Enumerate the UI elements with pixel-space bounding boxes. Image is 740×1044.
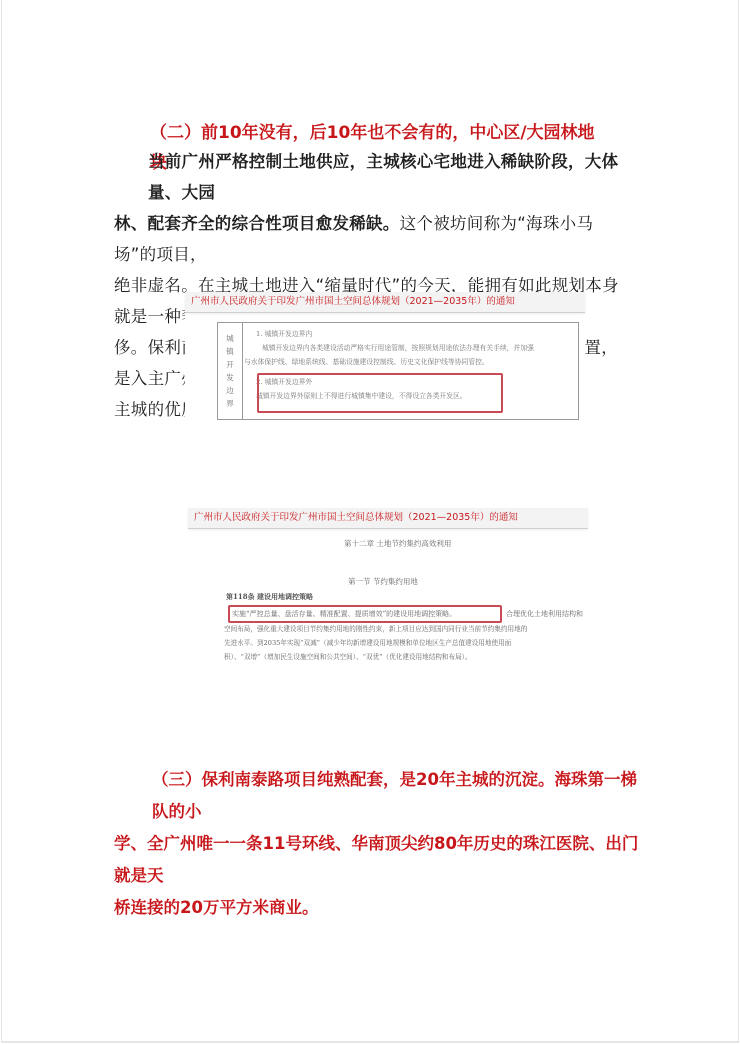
- embedded-document-image-2: 广州市人民政府关于印发广州市国土空间总体规划（2021—2035年）的通知 第十…: [188, 508, 588, 678]
- doc-header-title: 广州市人民政府关于印发广州市国土空间总体规划（2021—2035年）的通知: [185, 292, 585, 313]
- section-3-paragraph: （三）保利南泰路项目纯熟配套，是20年主城的沉淀。海珠第一梯队的小 学、全广州唯…: [114, 764, 644, 924]
- highlight-box: [257, 373, 503, 413]
- article-text: 空间布局，强化重大建设项目节约集约用地的刚性约束，新上项目应达到国内同行业当前节…: [224, 623, 527, 633]
- table-left-cell: 城镇开发边界: [218, 323, 243, 419]
- bold-text: 林、配套齐全的综合性项目愈发稀缺。: [114, 214, 400, 233]
- item-title: 1. 城镇开发边界内: [248, 327, 572, 341]
- article-text: 积）、“双增”（增加民生设施空间和公共空间）、“双优”（优化建设用地结构和布局）…: [224, 651, 472, 661]
- paragraph-line: 林、配套齐全的综合性项目愈发稀缺。这个被坊间称为“海珠小马场”的项目，: [114, 208, 634, 270]
- item-text: 城镇开发边界内各类建设活动严格实行用途管制，按照规划用途依法办理有关手续，并加强: [248, 341, 572, 355]
- item-text: 与水体保护线、绿地系统线、基础设施建设控制线、历史文化保护线等协同管控。: [244, 355, 572, 369]
- document-page: （二）前10年没有，后10年也不会有的，中心区/大园林地块 当前广州严格控制土地…: [1, 0, 739, 1043]
- bold-text: 当前广州严格控制土地供应，主城核心宅地进入稀缺阶段，大体量、大园: [148, 152, 618, 202]
- section-title: 第一节 节约集约用地: [348, 576, 418, 587]
- article-title: 第118条 建设用地调控策略: [226, 592, 313, 602]
- paragraph-line: 桥连接的20万平方米商业。: [114, 892, 644, 924]
- highlight-box: [228, 605, 502, 623]
- paragraph-line: （三）保利南泰路项目纯熟配套，是20年主城的沉淀。海珠第一梯队的小: [114, 764, 644, 828]
- article-text: 合理优化土地利用结构和: [506, 609, 583, 619]
- embedded-document-image-1: 广州市人民政府关于印发广州市国土空间总体规划（2021—2035年）的通知 城镇…: [185, 292, 585, 422]
- doc-header-title: 广州市人民政府关于印发广州市国土空间总体规划（2021—2035年）的通知: [188, 508, 588, 529]
- article-text: 先进水平。到2035年实现“双减”（减少年均新增建设用地规模和单位地区生产总值建…: [224, 637, 511, 647]
- chapter-title: 第十二章 土地节约集约高效利用: [344, 538, 451, 549]
- paragraph-line: 学、全广州唯一一条11号环线、华南顶尖约80年历史的珠江医院、出门就是天: [114, 828, 644, 892]
- paragraph-line: 当前广州严格控制土地供应，主城核心宅地进入稀缺阶段，大体量、大园: [114, 146, 634, 208]
